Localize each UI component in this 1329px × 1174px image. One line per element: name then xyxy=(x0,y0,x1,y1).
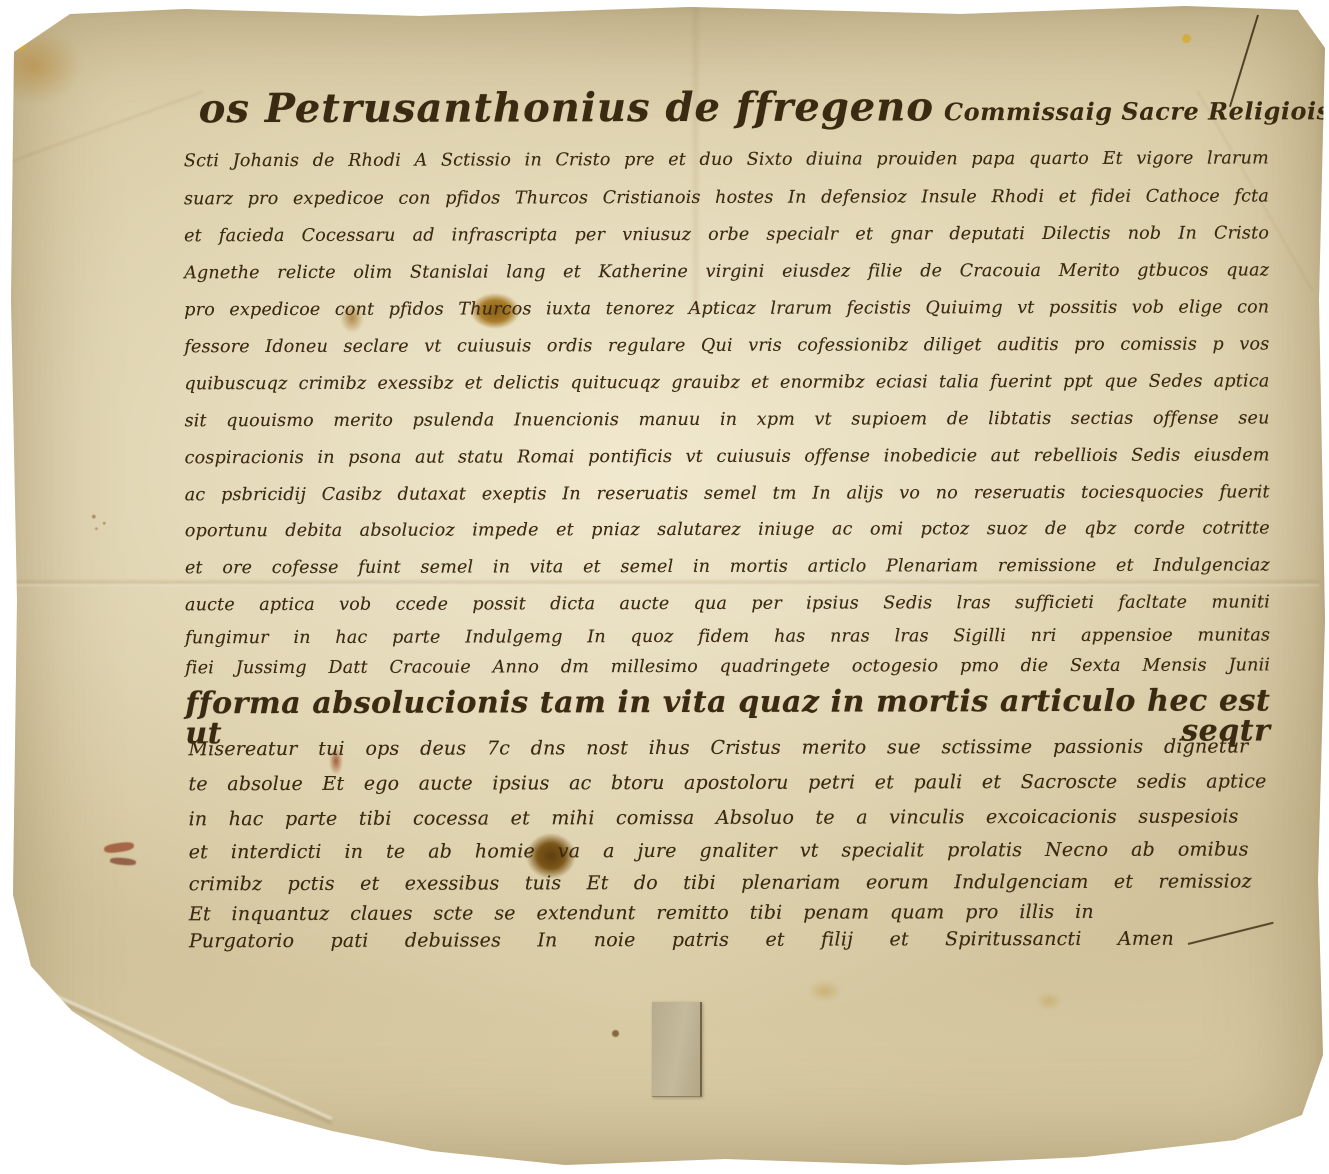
manuscript-line: Agnethe relicte olim Stanislai lang et K… xyxy=(184,262,1269,282)
absolution-line: te absolue Et ego aucte ipsius ac btoru … xyxy=(188,772,1266,794)
absolution-line: Et inquantuz claues scte se extendunt re… xyxy=(189,903,1094,924)
manuscript-line: oportunu debita absolucioz impede et pni… xyxy=(185,520,1270,540)
manuscript-line: suarz pro expedicoe con pfidos Thurcos C… xyxy=(184,188,1269,208)
manuscript-line: pro expedicoe cont pfidos Thurcos iuxta … xyxy=(184,299,1269,319)
absolution-line: et interdicti in te ab homie va a jure g… xyxy=(189,840,1249,862)
absolution-line: in hac parte tibi cocessa et mihi comiss… xyxy=(189,807,1239,829)
manuscript-line: et ore cofesse fuint semel in vita et se… xyxy=(185,557,1270,577)
absolution-line: Purgatorio pati debuisses In noie patris… xyxy=(189,930,1174,952)
manuscript-line: ac psbricidij Casibz dutaxat exeptis In … xyxy=(185,484,1270,504)
manuscript-line: aucte aptica vob ccede possit dicta auct… xyxy=(185,594,1270,614)
manuscript-line: et facieda Cocessaru ad infrascripta per… xyxy=(184,225,1269,245)
manuscript-line: quibuscuqz crimibz exessibz et delictis … xyxy=(184,373,1269,393)
manuscript-line: fiei Jussimg Datt Cracouie Anno dm mille… xyxy=(185,657,1270,677)
manuscript-line: fessore Idoneu seclare vt cuiusuis ordis… xyxy=(184,336,1269,356)
opening-continuation: Commissaig Sacre Religiois Ciuitatl et I… xyxy=(944,96,1329,127)
absolution-line: Misereatur tui ops deus 7c dns nost ihus… xyxy=(188,737,1248,759)
manuscript-line: fungimur in hac parte Indulgemg In quoz … xyxy=(185,627,1270,647)
manuscript-line: cospiracionis in psona aut statu Romai p… xyxy=(185,447,1270,467)
opening-large-script: os Petrusanthonius de ffregeno xyxy=(199,83,934,132)
manuscript-line: Scti Johanis de Rhodi A Sctissio in Cris… xyxy=(184,150,1269,170)
absolution-line: crimibz pctis et exessibus tuis Et do ti… xyxy=(189,872,1252,894)
opening-line: os Petrusanthonius de ffregeno Commissai… xyxy=(199,82,1266,132)
manuscript-text: os Petrusanthonius de ffregeno Commissai… xyxy=(0,0,1329,1174)
parchment-document: os Petrusanthonius de ffregeno Commissai… xyxy=(0,0,1329,1174)
manuscript-line: sit quouismo merito psulenda Inuencionis… xyxy=(185,410,1270,430)
manuscript-photo: os Petrusanthonius de ffregeno Commissai… xyxy=(0,0,1329,1174)
